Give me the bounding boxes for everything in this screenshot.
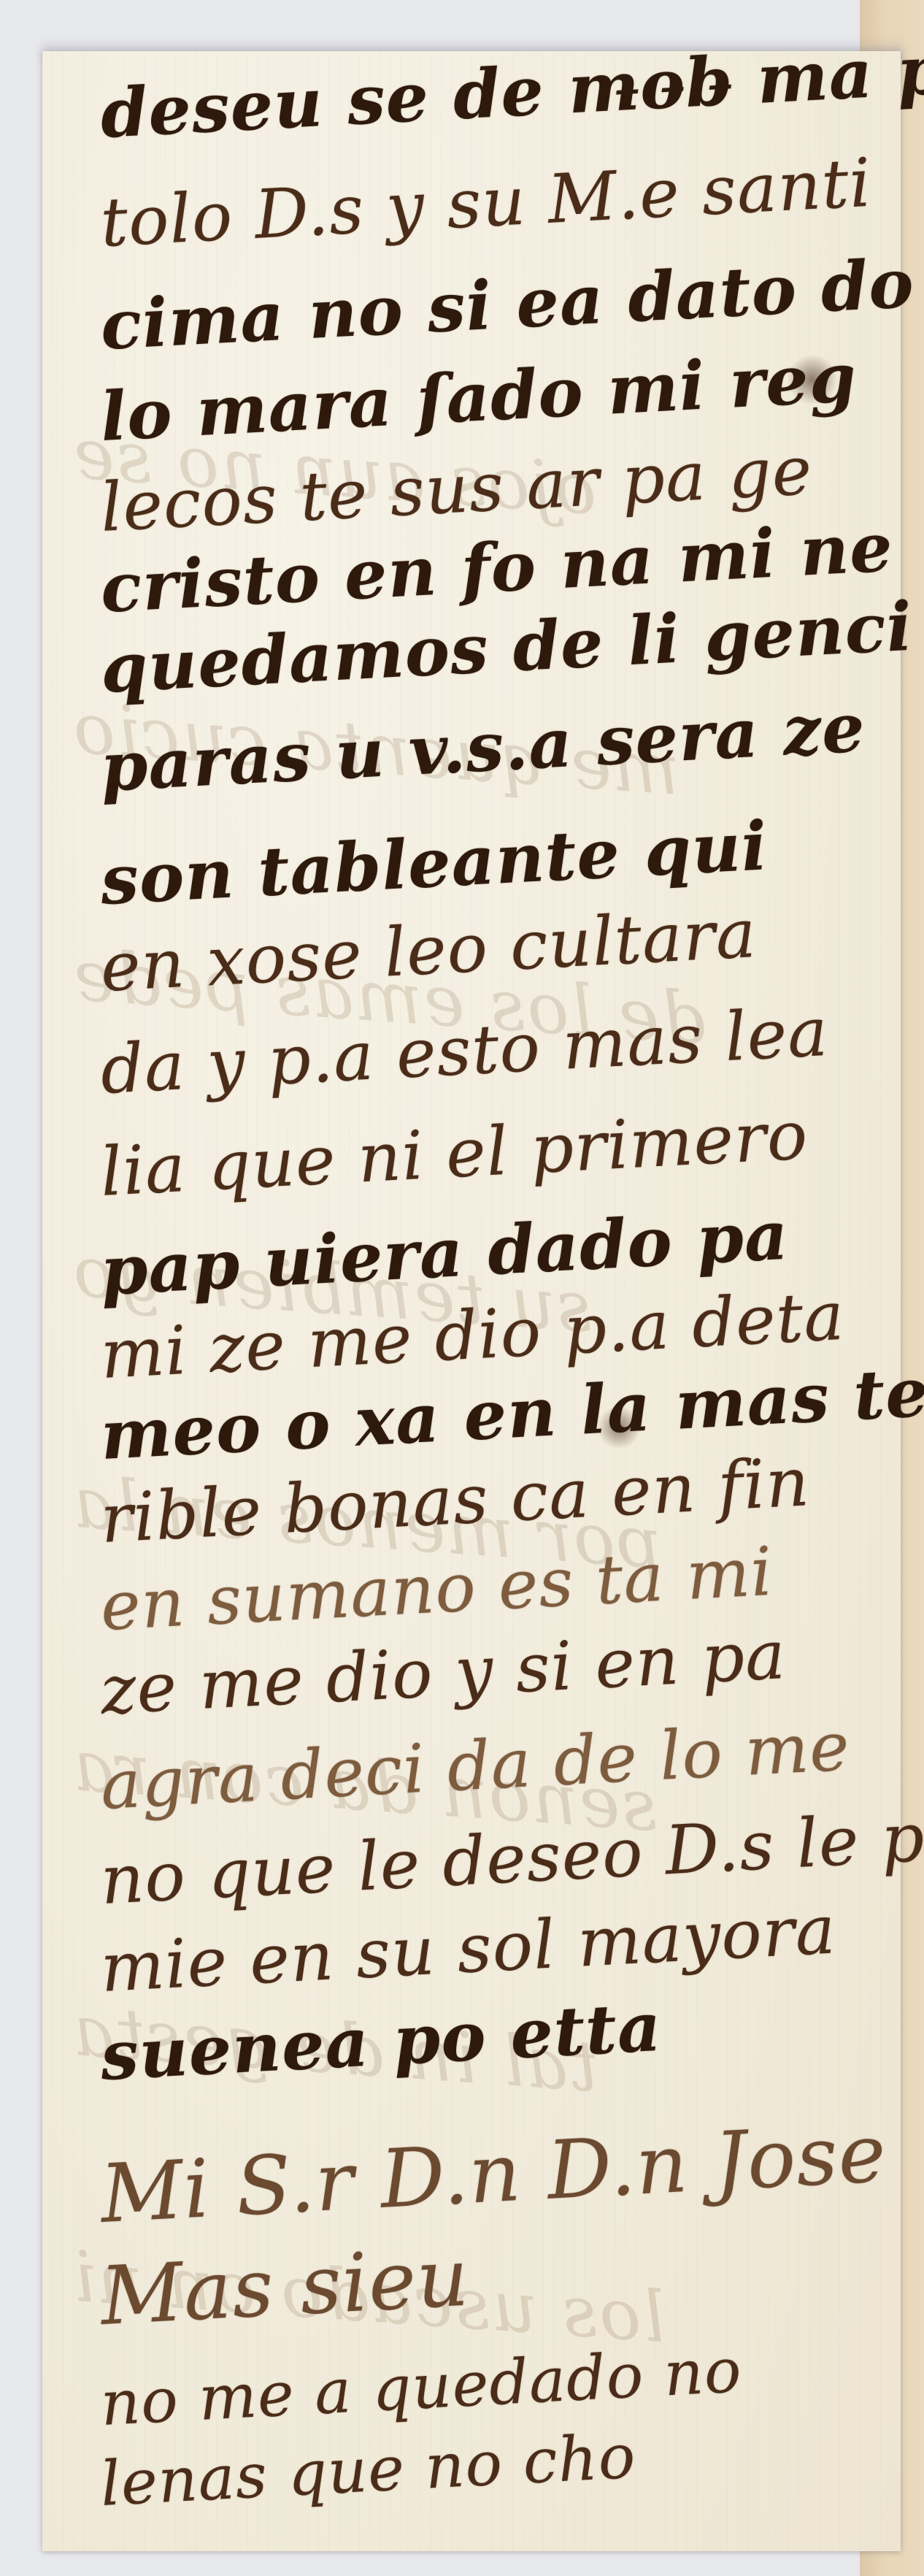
handwritten-line: son tableante qui	[99, 805, 897, 914]
salutation-line: Mi S.r D.n D.n Jose	[99, 2112, 897, 2234]
handwritten-line: tolo D.s y su M.e santi	[99, 148, 897, 257]
handwritten-line: agra deci da de lo me	[99, 1711, 897, 1820]
handwritten-line: da y p.a esto mas lea	[99, 995, 897, 1104]
manuscript-page: ojos aun no se me quenta cucio de los em…	[42, 51, 901, 2551]
handwritten-line: lia que ni el primero	[99, 1097, 897, 1206]
handwritten-line: paras u v.s.a sera ze	[99, 692, 897, 801]
handwritten-line: deseu se de m̵o̵b̵ ma pa	[99, 39, 897, 147]
